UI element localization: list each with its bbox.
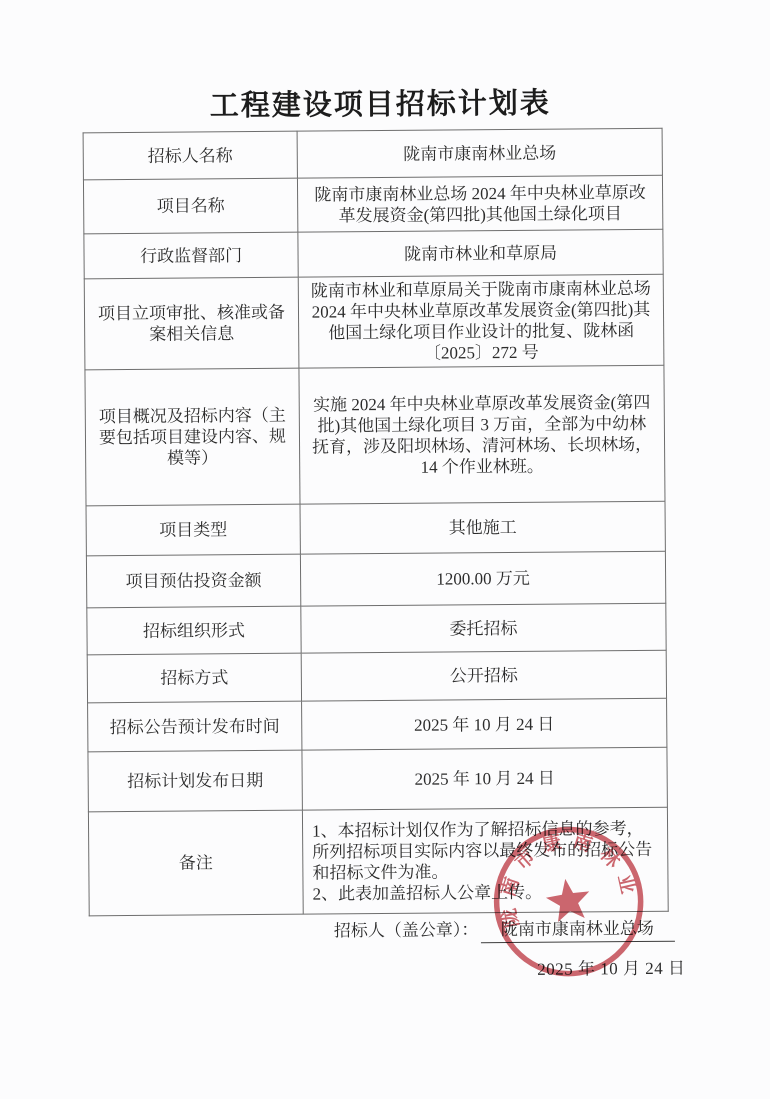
row-value: 1200.00 万元 xyxy=(300,551,665,606)
row-value: 2025 年 10 月 24 日 xyxy=(302,698,667,750)
row-label: 招标计划发布日期 xyxy=(88,750,302,812)
row-label: 项目类型 xyxy=(86,504,300,556)
row-value: 委托招标 xyxy=(301,603,666,653)
table-row: 备注 1、本招标计划仅作为了解招标信息的参考，所列招标项目实际内容以最终发布的招… xyxy=(88,807,668,916)
row-value: 陇南市康南林业总场 xyxy=(297,128,662,178)
row-value: 公开招标 xyxy=(301,650,666,701)
row-label: 项目立项审批、核准或备案相关信息 xyxy=(84,277,299,370)
row-label: 招标公告预计发布时间 xyxy=(88,701,302,752)
scan-content: 工程建设项目招标计划表 招标人名称 陇南市康南林业总场 项目名称 陇南市康南林业… xyxy=(0,0,770,1099)
row-value: 陇南市康南林业总场 2024 年中央林业草原改革发展资金(第四批)其他国土绿化项… xyxy=(297,175,662,232)
table-row: 招标公告预计发布时间 2025 年 10 月 24 日 xyxy=(88,698,667,752)
signature-date: 2025 年 10 月 24 日 xyxy=(537,954,685,980)
row-value: 其他施工 xyxy=(300,501,665,554)
signature-row: 招标人（盖公章）：陇南市康南林业总场 xyxy=(334,914,675,945)
row-label: 招标人名称 xyxy=(83,131,297,180)
row-value: 2025 年 10 月 24 日 xyxy=(302,747,667,810)
table-row: 招标方式 公开招标 xyxy=(87,650,666,703)
row-value: 实施 2024 年中央林业草原改革发展资金(第四批)其他国土绿化项目 3 万亩，… xyxy=(299,365,665,504)
table-row: 招标人名称 陇南市康南林业总场 xyxy=(83,128,662,180)
table-row: 招标组织形式 委托招标 xyxy=(87,603,666,655)
row-label: 行政监督部门 xyxy=(84,232,298,279)
row-label: 备注 xyxy=(88,810,303,916)
row-label: 招标方式 xyxy=(87,653,301,703)
row-label: 项目预估投资金额 xyxy=(86,554,300,608)
table-row: 项目概况及招标内容（主要包括项目建设内容、规模等） 实施 2024 年中央林业草… xyxy=(85,365,665,506)
scanned-document-page: 工程建设项目招标计划表 招标人名称 陇南市康南林业总场 项目名称 陇南市康南林业… xyxy=(0,0,770,1099)
row-value: 陇南市林业和草原局 xyxy=(298,229,663,277)
table-row: 项目名称 陇南市康南林业总场 2024 年中央林业草原改革发展资金(第四批)其他… xyxy=(83,175,662,234)
bidding-plan-table: 招标人名称 陇南市康南林业总场 项目名称 陇南市康南林业总场 2024 年中央林… xyxy=(83,128,669,917)
table-row: 项目类型 其他施工 xyxy=(86,501,665,556)
document-title: 工程建设项目招标计划表 xyxy=(82,80,678,126)
signature-label: 招标人（盖公章）： xyxy=(334,920,479,940)
table-row: 行政监督部门 陇南市林业和草原局 xyxy=(84,229,663,279)
signature-name: 陇南市康南林业总场 xyxy=(480,914,674,944)
row-value-notes: 1、本招标计划仅作为了解招标信息的参考，所列招标项目实际内容以最终发布的招标公告… xyxy=(302,807,668,914)
row-label: 项目名称 xyxy=(83,178,297,234)
table-row: 招标计划发布日期 2025 年 10 月 24 日 xyxy=(88,747,667,812)
table-row: 项目预估投资金额 1200.00 万元 xyxy=(86,551,665,608)
table-row: 项目立项审批、核准或备案相关信息 陇南市林业和草原局关于陇南市康南林业总场 20… xyxy=(84,274,664,370)
row-label: 招标组织形式 xyxy=(87,606,301,655)
row-label: 项目概况及招标内容（主要包括项目建设内容、规模等） xyxy=(85,368,300,506)
row-value: 陇南市林业和草原局关于陇南市康南林业总场 2024 年中央林业草原改革发展资金(… xyxy=(298,274,664,368)
